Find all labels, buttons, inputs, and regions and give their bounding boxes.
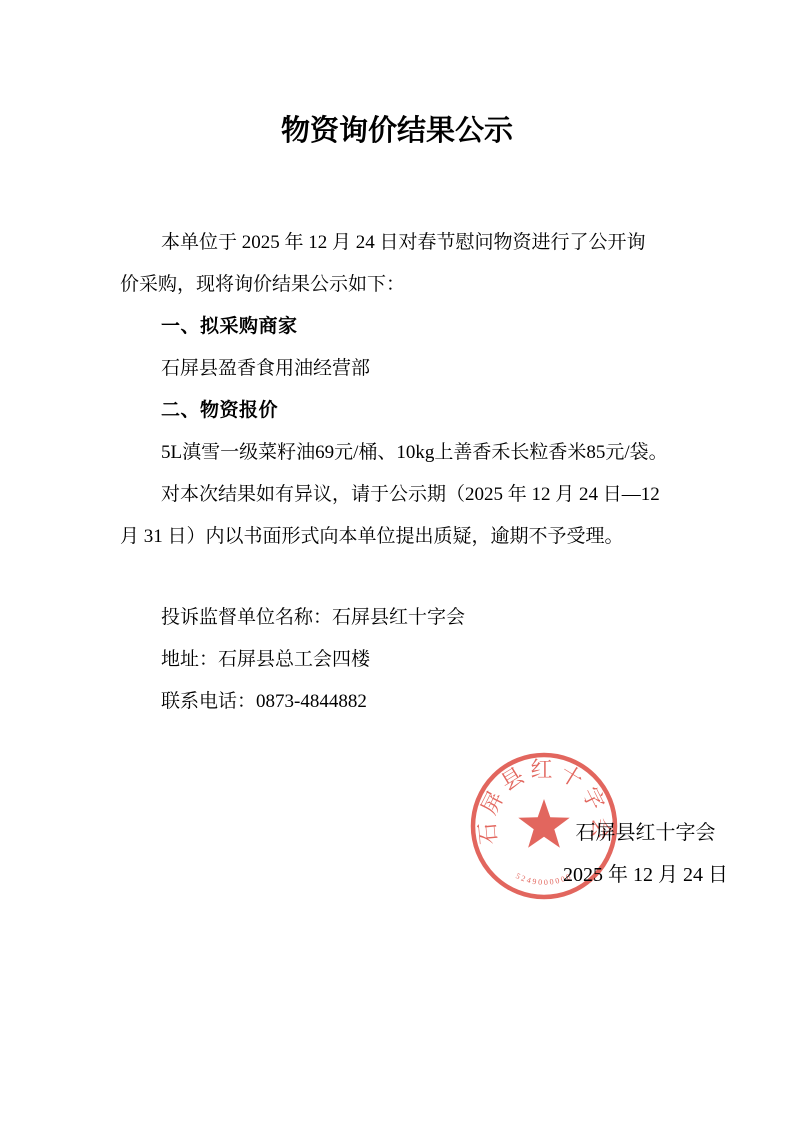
intro-line-1: 本单位于 2025 年 12 月 24 日对春节慰问物资进行了公开询 — [120, 222, 690, 264]
signature-date: 2025 年 12 月 24 日 — [563, 854, 728, 896]
section1-content: 石屏县盈香食用油经营部 — [120, 348, 690, 390]
contact-supervisor: 投诉监督单位名称：石屏县红十字会 — [120, 597, 690, 639]
section2-heading: 二、物资报价 — [120, 390, 690, 432]
signature-org: 石屏县红十字会 — [563, 812, 728, 854]
section2-content: 5L滇雪一级菜籽油69元/桶、10kg上善香禾长粒香米85元/袋。 — [120, 432, 690, 474]
contact-block: 投诉监督单位名称：石屏县红十字会 地址：石屏县总工会四楼 联系电话：0873-4… — [120, 597, 690, 723]
document-page: 物资询价结果公示 本单位于 2025 年 12 月 24 日对春节慰问物资进行了… — [0, 0, 794, 1122]
section1-heading: 一、拟采购商家 — [120, 306, 690, 348]
intro-line-2: 价采购，现将询价结果公示如下： — [120, 264, 690, 306]
signature-block: 石屏县红十字会 2025 年 12 月 24 日 — [0, 812, 794, 896]
objection-line-1: 对本次结果如有异议，请于公示期（2025 年 12 月 24 日—12 — [120, 474, 690, 516]
contact-phone: 联系电话：0873-4844882 — [120, 681, 690, 723]
document-body: 本单位于 2025 年 12 月 24 日对春节慰问物资进行了公开询 价采购，现… — [120, 222, 690, 558]
objection-line-2: 月 31 日）内以书面形式向本单位提出质疑，逾期不予受理。 — [120, 516, 690, 558]
page-title: 物资询价结果公示 — [0, 110, 794, 152]
contact-address: 地址：石屏县总工会四楼 — [120, 639, 690, 681]
